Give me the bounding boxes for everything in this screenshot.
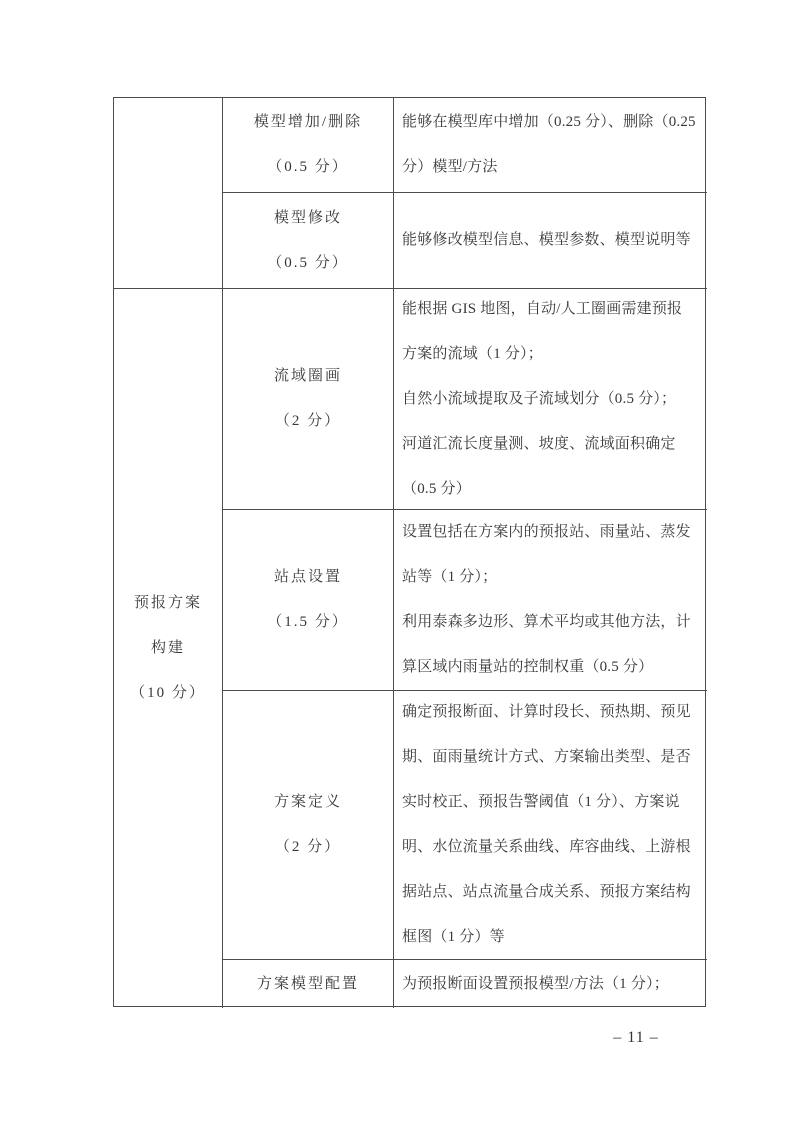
description-line: 实时校正、预报告警阈值（1 分）、方案说 — [402, 780, 680, 825]
criterion-score: （0.5 分） — [267, 145, 349, 190]
criterion-label: 方案模型配置 — [257, 962, 359, 1007]
page-number: – 11 – — [594, 1026, 678, 1050]
description-line: 能够修改模型信息、模型参数、模型说明等 — [402, 218, 691, 263]
category-cell-forecast-scheme: 预报方案 构建 （10 分） — [114, 289, 223, 1008]
criterion-label: 流域圈画 — [274, 354, 342, 399]
description-line: 利用泰森多边形、算术平均或其他方法，计 — [402, 600, 691, 645]
description-line: 确定预报断面、计算时段长、预热期、预见 — [402, 691, 691, 735]
description-line: 明、水位流量关系曲线、库容曲线、上游根 — [402, 825, 691, 870]
description-line: 自然小流域提取及子流域划分（0.5 分）； — [402, 377, 676, 422]
description-line: 设置包括在方案内的预报站、雨量站、蒸发 — [402, 510, 691, 555]
description-line: 期、面雨量统计方式、方案输出类型、是否 — [402, 735, 691, 780]
criterion-label: 方案定义 — [274, 780, 342, 825]
description-line: 方案的流域（1 分）； — [402, 332, 543, 377]
description-line: 据站点、站点流量合成关系、预报方案结构 — [402, 870, 691, 915]
category-line: 预报方案 — [134, 581, 202, 626]
category-line: 构建 — [151, 626, 185, 671]
description-cell: 为预报断面设置预报模型/方法（1 分）； — [394, 960, 707, 1008]
description-line: 框图（1 分）等 — [402, 915, 505, 960]
criterion-score: （0.5 分） — [267, 241, 349, 286]
criterion-cell-basin-delineation: 流域圈画 （2 分） — [223, 289, 394, 510]
criterion-cell-station-setup: 站点设置 （1.5 分） — [223, 510, 394, 691]
criterion-label: 模型增加/删除 — [254, 100, 362, 145]
document-page: 预报方案 构建 （10 分） 模型增加/删除 （0.5 分） 能够在模型库中增加… — [0, 0, 800, 1131]
description-cell: 能根据 GIS 地图，自动/人工圈画需建预报 方案的流域（1 分）； 自然小流域… — [394, 289, 707, 510]
description-cell: 能够在模型库中增加（0.25 分）、删除（0.25 分）模型/方法 — [394, 98, 707, 193]
criterion-cell-model-modify: 模型修改 （0.5 分） — [223, 193, 394, 289]
description-line: 分）模型/方法 — [402, 145, 498, 190]
criterion-label: 站点设置 — [274, 555, 342, 600]
description-cell: 确定预报断面、计算时段长、预热期、预见 期、面雨量统计方式、方案输出类型、是否 … — [394, 691, 707, 960]
category-score: （10 分） — [130, 671, 206, 716]
description-line: 算区域内雨量站的控制权重（0.5 分） — [402, 645, 653, 690]
criterion-cell-model-add-delete: 模型增加/删除 （0.5 分） — [223, 98, 394, 193]
description-line: 能够在模型库中增加（0.25 分）、删除（0.25 — [402, 100, 696, 145]
description-line: （0.5 分） — [402, 467, 471, 511]
description-line: 为预报断面设置预报模型/方法（1 分）； — [402, 962, 669, 1007]
criterion-label: 模型修改 — [274, 196, 342, 241]
description-cell: 能够修改模型信息、模型参数、模型说明等 — [394, 193, 707, 289]
category-cell-empty — [114, 98, 223, 289]
description-cell: 设置包括在方案内的预报站、雨量站、蒸发 站等（1 分）； 利用泰森多边形、算术平… — [394, 510, 707, 691]
criterion-cell-scheme-model-config: 方案模型配置 — [223, 960, 394, 1008]
criterion-score: （2 分） — [275, 399, 341, 444]
criterion-cell-scheme-definition: 方案定义 （2 分） — [223, 691, 394, 960]
rubric-table: 预报方案 构建 （10 分） 模型增加/删除 （0.5 分） 能够在模型库中增加… — [113, 97, 706, 1007]
description-line: 河道汇流长度量测、坡度、流域面积确定 — [402, 422, 676, 467]
description-line: 站等（1 分）； — [402, 555, 497, 600]
criterion-score: （2 分） — [275, 825, 341, 870]
description-line: 能根据 GIS 地图，自动/人工圈画需建预报 — [402, 289, 682, 332]
criterion-score: （1.5 分） — [267, 600, 349, 645]
